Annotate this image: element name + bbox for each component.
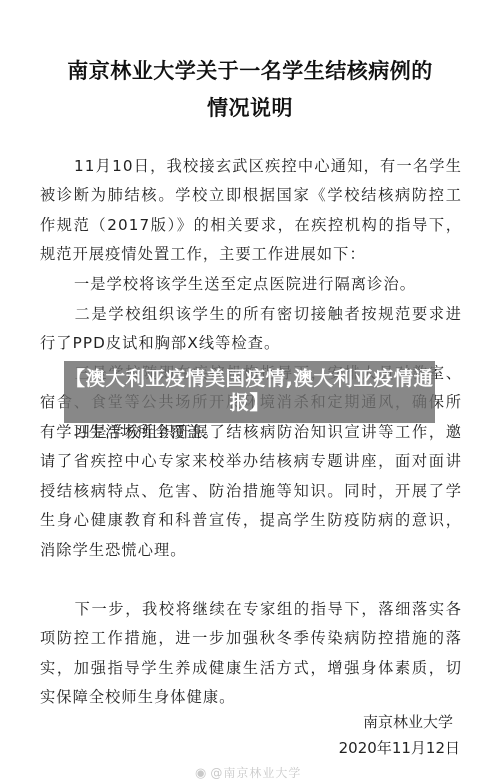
paragraph-next-steps: 下一步，我校将继续在专家组的指导下，落细落实各项防控工作措施，进一步加强秋冬季传… (40, 595, 462, 713)
watermark: ◉@南京林业大学 (195, 764, 301, 781)
signature-date: 2020年11月12日 (339, 737, 460, 758)
caption-overlay: 【澳大利亚疫情美国疫情,澳大利亚疫情通报】 (64, 361, 435, 423)
signature-organization: 南京林业大学 (363, 711, 453, 732)
paragraph-item-2: 二是学校组织该学生的所有密切接触者按规范要求进行了PPD皮试和胸部X线等检查。 (40, 300, 462, 359)
paragraph-item-1: 一是学校将该学生送至定点医院进行隔离诊治。 (40, 270, 462, 299)
paragraph-intro: 11月10日，我校接玄武区疾控中心通知，有一名学生被诊断为肺结核。学校立即根据国… (40, 152, 462, 270)
weibo-icon: ◉ (195, 766, 207, 781)
document-title-line1: 南京林业大学关于一名学生结核病例的 (0, 55, 500, 85)
document-title-line2: 情况说明 (0, 92, 500, 122)
paragraph-item-4: 四是学校组织开展了结核病防治知识宣讲等工作，邀请了省疾控中心专家来校举办结核病专… (40, 418, 462, 565)
